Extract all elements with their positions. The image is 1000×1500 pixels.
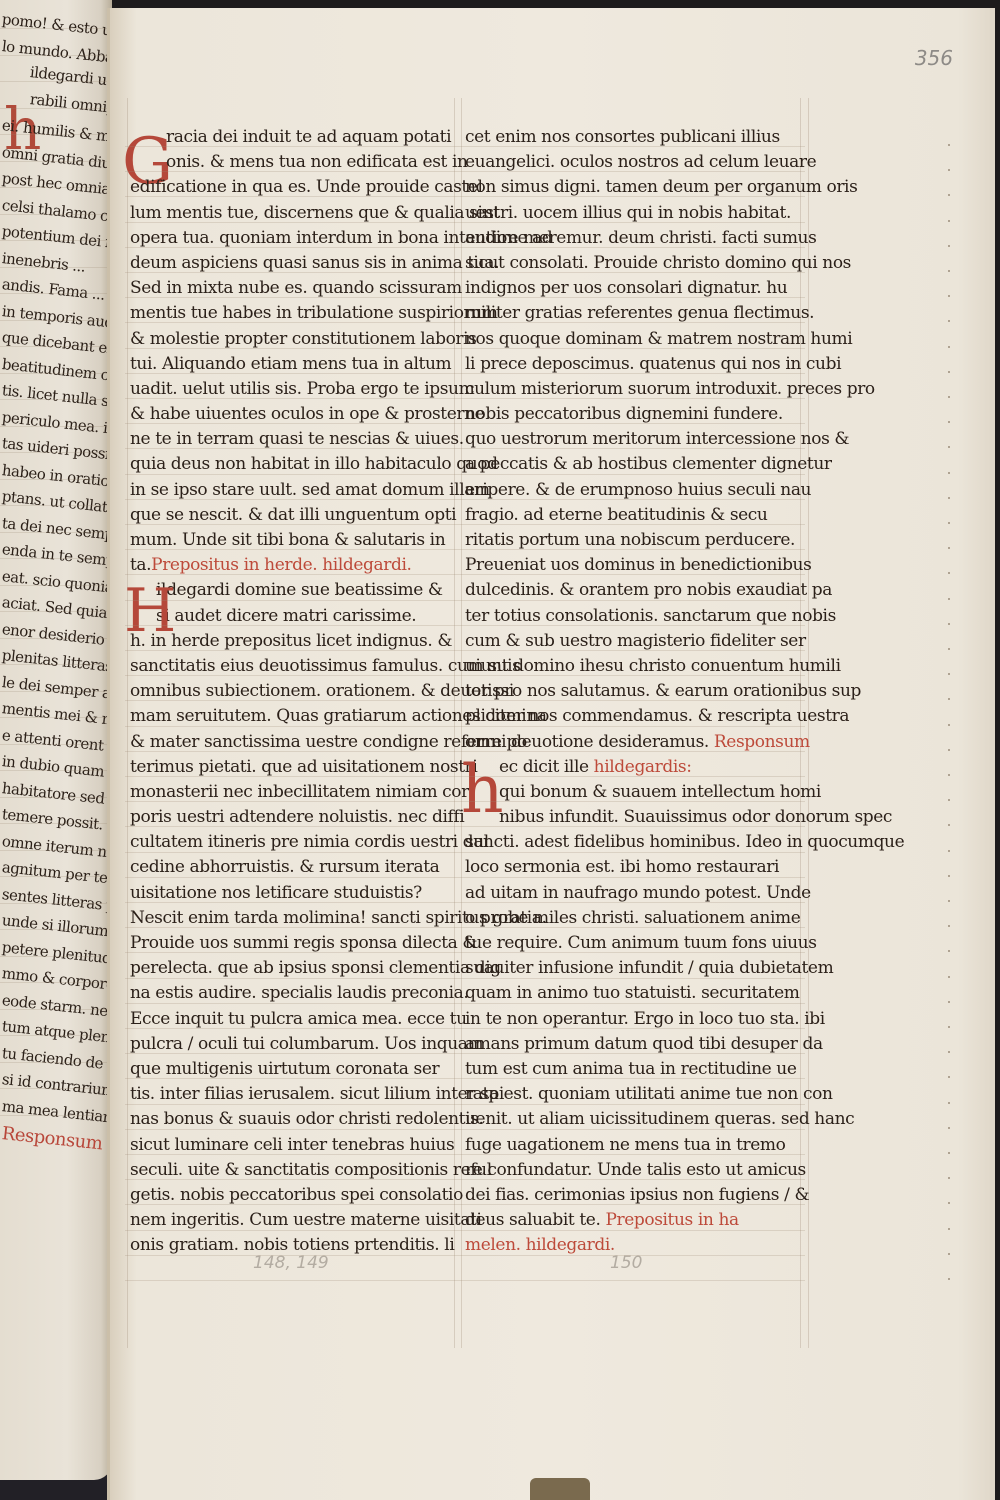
ruling-line [125,877,805,878]
ruling-line [0,293,112,294]
text-span: uenit. ut aliam uicissitudinem queras. s… [465,1109,854,1129]
ruling-line [0,744,112,745]
text-span: getis. nobis peccatoribus spei consolati… [130,1185,463,1205]
ruling-line [0,240,112,241]
left-page-text-line: inenebris ... [1,249,86,276]
pricking-mark [948,547,950,549]
text-span: audire meremur. deum christi. facti sumu… [465,228,816,248]
text-span: deus saluabit te. [465,1210,600,1230]
ruling-line [0,426,112,427]
pricking-mark [948,1228,950,1230]
pricking-mark [948,220,950,222]
rubric-text: melen. hildegardi. [465,1235,615,1255]
pricking-mark [948,522,950,524]
pricking-mark [948,169,950,171]
text-span: & molestie propter constitutionem labori… [130,329,477,349]
ruling-line [125,474,805,475]
text-span: que se nescit. & dat illi unguentum opti [130,505,456,525]
ruling-line [125,675,805,676]
ruling-line [125,776,805,777]
text-span: h. in herde prepositus licet indignus. & [130,631,452,651]
text-span: qui bonum & suauem intellectum homi [499,782,821,802]
pricking-mark [948,698,950,700]
text-span: dei fias. cerimonias ipsius non fugiens … [465,1185,809,1205]
pricking-mark [948,346,950,348]
left-page-text-line: eat. scio quoniam [1,567,112,598]
pricking-mark [948,1051,950,1053]
pricking-mark [948,824,950,826]
text-span: tui. Aliquando etiam mens tua in altum [130,354,451,374]
text-span: deum aspiciens quasi sanus sis in anima … [130,253,499,273]
rubric-text: Prepositus in ha [600,1210,738,1230]
pricking-mark [948,472,950,474]
text-span: suauiter infusione infundit / quia dubie… [465,958,833,978]
ruling-line [0,55,112,56]
text-span: Ecce inquit tu pulcra amica mea. ecce tu [130,1009,467,1029]
ruling-line [0,532,112,533]
pricking-mark [948,900,950,902]
ruling-line [127,98,128,1348]
ruling-line [0,982,112,983]
text-span: pliciter nos commendamus. & rescripta ue… [465,706,849,726]
text-span: euangelici. oculos nostros ad celum leua… [465,152,816,172]
text-span: tum est cum anima tua in rectitudine ue [465,1059,797,1079]
left-page-text-line: tis. licet nulla sit [1,381,112,411]
ruling-line [0,479,112,480]
ruling-line [0,214,112,215]
ruling-line [125,1028,805,1029]
text-span: edificatione in qua es. Unde prouide cas… [130,177,483,197]
pricking-mark [948,774,950,776]
text-span: amans primum datum quod tibi desuper da [465,1034,823,1054]
text-span: fuge uagationem ne mens tua in tremo [465,1135,785,1155]
ruling-line [125,1230,805,1231]
ruling-line [125,1129,805,1130]
left-page-text-line: eode starm. nec [1,991,112,1021]
rubric-text: Responsum [709,732,810,752]
text-span: poris uestri adtendere noluistis. nec di… [130,807,464,827]
text-span: re confundatur. Unde talis esto ut amicu… [465,1160,806,1180]
text-span: seculi. uite & sanctitatis compositionis… [130,1160,492,1180]
rubric-text: Prepositus in herde. hildegardi. [151,555,411,575]
text-span: cultatem itineris pre nimia cordis uestr… [130,832,489,852]
pricking-mark [948,648,950,650]
text-span: sanctitatis eius deuotissimus famulus. c… [130,656,520,676]
ruling-line [125,1179,805,1180]
ruling-line [0,876,112,877]
text-span: Preueniat uos dominus in benedictionibus [465,555,811,575]
pricking-mark [948,598,950,600]
ruling-line [0,28,112,29]
left-page-text-line: andis. Fama ... [1,275,106,304]
pricking-mark [948,673,950,675]
pricking-mark [948,950,950,952]
ruling-line [125,600,805,601]
pricking-mark [948,270,950,272]
text-span: culum misteriorum suorum introduxit. pre… [465,379,875,399]
pricking-mark [948,421,950,423]
text-span: racia dei induit te ad aquam potati [166,127,451,147]
ruling-line [125,171,805,172]
ruling-line [125,650,805,651]
text-span: Sed in mixta nube es. quando scissuram [130,278,462,298]
text-span: omni deuotione desideramus. [465,732,709,752]
ruling-line [125,700,805,701]
pricking-mark [948,1001,950,1003]
ruling-line [0,558,112,559]
ruling-line [125,978,805,979]
text-span: ritatis portum una nobiscum perducere. [465,530,795,550]
ruling-line [125,801,805,802]
ruling-line [0,956,112,957]
text-span: nibus infundit. Suauissimus odor donorum… [499,807,892,827]
pencil-note-right: 150 [610,1253,642,1273]
text-span: in se ipso stare uult. sed amat domum il… [130,480,490,500]
ruling-line [125,524,805,525]
ruling-line [125,423,805,424]
binding-clasp [530,1478,590,1500]
ruling-line [125,146,805,147]
text-span: cedine abhorruistis. & rursum iterata [130,857,439,877]
ruling-line [125,1204,805,1205]
text-span: sicut consolati. Prouide christo domino … [465,253,851,273]
ruling-line [125,1003,805,1004]
text-span: ter totius consolationis. sanctarum que … [465,606,836,626]
pricking-mark [948,1127,950,1129]
pricking-mark [948,320,950,322]
ruling-line [125,297,805,298]
text-span: na estis audire. specialis laudis precon… [130,983,468,1003]
ruling-line [0,1062,112,1063]
text-span: o probe miles christi. saluationem anime [465,908,800,928]
ruling-line [125,852,805,853]
ruling-line [0,505,112,506]
ruling-line [125,726,805,727]
pricking-mark [948,925,950,927]
text-span: nem ingeritis. Cum uestre materne uisita… [130,1210,482,1230]
text-span: rata est. quoniam utilitati anime tue no… [465,1084,833,1104]
text-span: nobis peccatoribus dignemini fundere. [465,404,783,424]
text-span: dulcedinis. & orantem pro nobis exaudiat… [465,580,832,600]
text-span: sicut luminare celi inter tenebras huius [130,1135,454,1155]
decorated-initial-h: H [124,581,176,641]
ruling-line [125,952,805,953]
ruling-line [125,574,805,575]
pricking-mark [948,497,950,499]
ruling-line [125,549,805,550]
pricking-mark [948,1102,950,1104]
text-span: fragio. ad eterne beatitudinis & secu [465,505,767,525]
text-span: ec dicit ille [499,757,589,777]
ruling-line [125,902,805,903]
ruling-line [0,585,112,586]
ruling-line [0,903,112,904]
pricking-mark [948,749,950,751]
text-span: militer gratias referentes genua flectim… [465,303,814,323]
left-page-text-line: ma mea lentiam [1,1097,112,1127]
pricking-mark [948,1278,950,1280]
ruling-line [0,187,112,188]
ruling-line [125,1053,805,1054]
ruling-line [125,499,805,500]
ruling-line [125,1280,805,1281]
text-span: nas bonus & suauis odor christi redolent… [130,1109,483,1129]
pricking-mark [948,850,950,852]
text-span: omnibus subiectionem. orationem. & deuot… [130,681,514,701]
ruling-line [0,717,112,718]
ruling-line [125,826,805,827]
pricking-mark [948,724,950,726]
pricking-mark [948,446,950,448]
text-span: Prouide uos summi regis sponsa dilecta & [130,933,477,953]
decorated-initial-h: h [461,757,503,823]
ruling-line [0,346,112,347]
text-span: uadit. uelut utilis sis. Proba ergo te i… [130,379,474,399]
text-span: ad uitam in naufrago mundo potest. Unde [465,883,811,903]
pricking-mark [948,144,950,146]
text-span: nos quoque dominam & matrem nostram humi [465,329,852,349]
ruling-line [0,1035,112,1036]
page-edge-shadow [995,8,1000,1500]
ruling-line [0,1088,112,1089]
text-span: mum. Unde sit tibi bona & salutaris in [130,530,445,550]
pricking-mark [948,1076,950,1078]
pricking-mark [948,1152,950,1154]
ruling-line [125,196,805,197]
ruling-line [125,1104,805,1105]
pricking-mark [948,1202,950,1204]
text-span: uestri. uocem illius qui in nobis habita… [465,203,791,223]
pricking-mark [948,371,950,373]
text-span: sancti. adest fidelibus hominibus. Ideo … [465,832,904,852]
text-span: monasterii nec inbecillitatem nimiam cor [130,782,469,802]
rubric-text: hildegardis: [589,757,692,777]
left-page-text-line: mmo & corpore [1,964,112,994]
text-column-left: racia dei induit te ad aquam potationis.… [130,125,460,1258]
ruling-line [0,320,112,321]
text-span: indignos per uos consolari dignatur. hu [465,278,787,298]
ruling-line [0,823,112,824]
text-span: cum & sub uestro magisterio fideliter se… [465,631,806,651]
left-page-text-line: ildegardi uene [29,63,112,92]
text-span: cet enim nos consortes publicani illius [465,127,780,147]
text-span: quam in animo tuo statuisti. securitatem [465,983,799,1003]
folio-number: 356 [915,46,953,70]
pricking-mark [948,572,950,574]
text-span: ne te in terram quasi te nescias & uiues… [130,429,464,449]
ruling-line [0,134,112,135]
ruling-line [125,1154,805,1155]
ruling-line [0,267,112,268]
pricking-mark [948,623,950,625]
ruling-line [125,448,805,449]
text-span: a peccatis & ab hostibus clementer digne… [465,454,832,474]
text-span: ter pro nos salutamus. & earum orationib… [465,681,861,701]
ruling-line [125,927,805,928]
ruling-line [125,398,805,399]
text-span: quia deus non habitat in illo habitaculo… [130,454,498,474]
pricking-mark [948,1253,950,1255]
text-span: perelecta. que ab ipsius sponsi clementi… [130,958,501,978]
text-span: onis. & mens tua non edificata est in [166,152,468,172]
text-span: eripere. & de erumpnoso huius seculi nau [465,480,811,500]
pricking-mark [948,1026,950,1028]
ruling-line [0,850,112,851]
ruling-line [0,691,112,692]
pricking-mark [948,396,950,398]
text-span: que multigenis uirtutum coronata ser [130,1059,439,1079]
text-span: loco sermonia est. ibi homo restaurari [465,857,779,877]
ruling-line [125,1255,805,1256]
ruling-line [125,373,805,374]
ruling-line [0,929,112,930]
ruling-line [125,625,805,626]
left-page-text-line: petere plenitudo [1,938,112,968]
manuscript-page: 356 G racia dei induit te ad aquam potat… [107,8,1000,1500]
text-column-right: cet enim nos consortes publicani illiuse… [465,125,805,1258]
pricking-mark [948,245,950,247]
text-span: in te non operantur. Ergo in loco tuo st… [465,1009,825,1029]
text-span: mentis tue habes in tribulatione suspiri… [130,303,498,323]
ruling-line [125,247,805,248]
left-page-text-line: rabili omnipotentis [29,90,112,122]
ruling-line [125,1078,805,1079]
text-span: ta. [130,555,151,575]
ruling-line [0,373,112,374]
text-span: si audet dicere matri carissime. [156,606,416,626]
ruling-line [0,1009,112,1010]
ruling-line [125,348,805,349]
pricking-mark [948,194,950,196]
ruling-line [0,638,112,639]
text-span: uisitatione nos letificare studuistis? [130,883,422,903]
ruling-line [0,1115,112,1116]
ruling-line [125,272,805,273]
text-span: lum mentis tue, discernens que & qualia … [130,203,499,223]
ruling-line [0,611,112,612]
pricking-mark [948,295,950,297]
pencil-note-left: 148, 149 [253,1253,329,1273]
text-span: non simus digni. tamen deum per organum … [465,177,857,197]
text-span: tue require. Cum animum tuum fons uiuus [465,933,817,953]
text-span: pulcra / oculi tui columbarum. Uos inqua… [130,1034,483,1054]
left-page-fragment: h pomo! & esto uictoriosuslo mundo. Abba… [0,0,112,1480]
ruling-line [0,770,112,771]
text-span: tis. inter filias ierusalem. sicut liliu… [130,1084,504,1104]
ruling-line [0,452,112,453]
ruling-line [0,797,112,798]
ruling-line [0,81,112,82]
text-span: & habe uiuentes oculos in ope & prostern… [130,404,484,424]
text-span: li prece deposcimus. quatenus qui nos in… [465,354,841,374]
pricking-mark [948,799,950,801]
pricking-mark [948,1177,950,1179]
ruling-line [0,108,112,109]
ruling-line [0,399,112,400]
text-span: terimus pietati. que ad uisitationem nos… [130,757,477,777]
pricking-mark [948,976,950,978]
text-span: uiunt domino ihesu christo conuentum hum… [465,656,841,676]
text-span: ildegardi domine sue beatissime & [156,580,443,600]
text-span: quo uestrorum meritorum intercessione no… [465,429,849,449]
ruling-line [125,751,805,752]
ruling-line [125,322,805,323]
left-page-rubric: Responsum [1,1123,103,1154]
ruling-line [0,664,112,665]
pricking-mark [948,875,950,877]
ruling-line [125,222,805,223]
ruling-line [0,161,112,162]
